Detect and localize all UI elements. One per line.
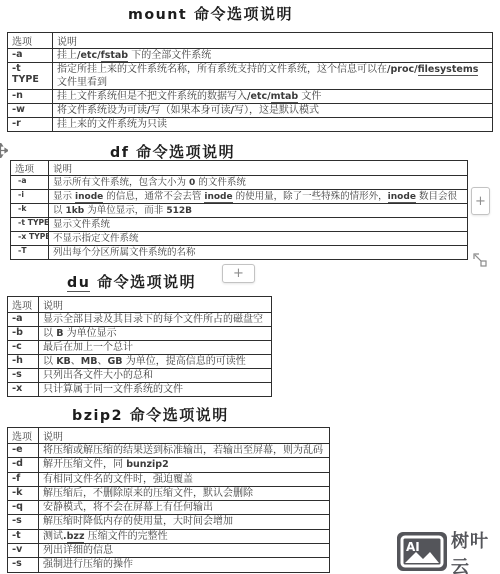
option-row: -x只计算属于同一文件系统的文件: [8, 383, 272, 397]
description-cell: 列出详细的信息: [39, 544, 330, 558]
option-row: -f有相同文件名的文件时，强迫覆盖: [8, 472, 330, 486]
option-row: -q安静模式，将不会在屏幕上有任何输出: [8, 501, 330, 515]
description-cell: 挂上来的文件系统为只读: [53, 118, 493, 132]
description-cell: 有相同文件名的文件时，强迫覆盖: [39, 472, 330, 486]
description-cell: 显示 inode 的信息，通常不会去管 inode 的使用量，除了一些特殊的情形…: [49, 190, 468, 204]
option-cell: -s: [8, 515, 39, 529]
description-cell: 将文件系统设为可读/写（如果本身可读/写），这是默认模式: [53, 104, 493, 118]
description-cell: 只计算属于同一文件系统的文件: [39, 383, 272, 397]
du-section-title: du 命令选项说明: [67, 271, 196, 292]
option-cell: -x TYPE: [11, 232, 49, 246]
option-cell: -k: [11, 204, 49, 218]
option-cell: -r: [8, 118, 53, 132]
option-cell: -k: [8, 486, 39, 500]
option-row: -x TYPE不显示指定文件系统: [11, 232, 468, 246]
option-row: -k以 1kb 为单位显示，而非 512B: [11, 204, 468, 218]
option-row: -k解压缩后，不删除原来的压缩文件，默认会删除: [8, 486, 330, 500]
description-cell: 以 KB、MB、GB 为单位，提高信息的可读性: [39, 355, 272, 369]
description-cell: 显示全部目录及其目录下的每个文件所占的磁盘空间: [39, 313, 272, 327]
description-cell: 强制进行压缩的操作: [39, 558, 330, 572]
description-cell: 挂上/etc/fstab 下的全部文件系统: [53, 49, 493, 63]
option-cell: -a: [11, 176, 49, 190]
option-column-header: 选项: [8, 297, 39, 313]
mount-section-title: mount 命令选项说明: [128, 3, 293, 24]
table-move-handle-icon[interactable]: [0, 143, 8, 158]
table-header-row: 选项说明: [8, 33, 493, 49]
option-cell: -h: [8, 355, 39, 369]
option-row: -s只列出各文件大小的总和: [8, 369, 272, 383]
option-cell: -t TYPE: [11, 218, 49, 232]
option-cell: -t: [8, 529, 39, 543]
ai-photo-logo-icon: AI: [397, 532, 447, 574]
df-options-table: 选项说明-a显示所有文件系统，包含大小为 0 的文件系统-i显示 inode 的…: [10, 160, 468, 260]
option-cell: -s: [8, 369, 39, 383]
table-resize-handle-icon[interactable]: [471, 251, 488, 268]
option-row: -b以 B 为单位显示: [8, 327, 272, 341]
option-row: -w将文件系统设为可读/写（如果本身可读/写），这是默认模式: [8, 104, 493, 118]
description-cell: 解压缩后，不删除原来的压缩文件，默认会删除: [39, 486, 330, 500]
du-options-table: 选项说明-a显示全部目录及其目录下的每个文件所占的磁盘空间-b以 B 为单位显示…: [7, 296, 272, 397]
description-column-header: 说明: [39, 428, 330, 444]
description-cell: 将压缩或解压缩的结果送到标准输出，若输出至屏幕，则为乱码: [39, 444, 330, 458]
option-row: -a显示全部目录及其目录下的每个文件所占的磁盘空间: [8, 313, 272, 327]
option-row: -s强制进行压缩的操作: [8, 558, 330, 572]
table-header-row: 选项说明: [8, 428, 330, 444]
option-row: -t TYPE显示文件系统: [11, 218, 468, 232]
option-row: -v列出详细的信息: [8, 544, 330, 558]
description-cell: 挂上文件系统但是不把文件系统的数据写入/etc/mtab 文件: [53, 90, 493, 104]
table-header-row: 选项说明: [8, 297, 272, 313]
option-cell: -w: [8, 104, 53, 118]
option-row: -t TYPE指定所挂上来的文件系统名称，所有系统支持的文件系统，这个信息可以在…: [8, 63, 493, 90]
description-cell: 列出每个分区所属文件系统的名称: [49, 246, 468, 260]
description-column-header: 说明: [39, 297, 272, 313]
option-row: -a显示所有文件系统，包含大小为 0 的文件系统: [11, 176, 468, 190]
option-cell: -b: [8, 327, 39, 341]
description-cell: 指定所挂上来的文件系统名称，所有系统支持的文件系统，这个信息可以在/proc/f…: [53, 63, 493, 90]
description-cell: 只列出各文件大小的总和: [39, 369, 272, 383]
option-column-header: 选项: [8, 33, 53, 49]
df-section-title: df 命令选项说明: [110, 141, 235, 162]
watermark-brand-text: 树叶云: [451, 527, 500, 574]
table-header-row: 选项说明: [11, 161, 468, 176]
option-cell: -e: [8, 444, 39, 458]
description-cell: 不显示指定文件系统: [49, 232, 468, 246]
option-row: -h以 KB、MB、GB 为单位，提高信息的可读性: [8, 355, 272, 369]
document-page: mount 命令选项说明 选项说明-a挂上/etc/fstab 下的全部文件系统…: [0, 0, 500, 574]
insert-row-button[interactable]: +: [222, 264, 255, 283]
option-cell: -a: [8, 49, 53, 63]
option-cell: -x: [8, 383, 39, 397]
insert-column-button[interactable]: +: [471, 187, 490, 215]
option-cell: -v: [8, 544, 39, 558]
option-cell: -a: [8, 313, 39, 327]
description-cell: 安静模式，将不会在屏幕上有任何输出: [39, 501, 330, 515]
option-cell: -i: [11, 190, 49, 204]
option-row: -i显示 inode 的信息，通常不会去管 inode 的使用量，除了一些特殊的…: [11, 190, 468, 204]
description-cell: 测试.bzz 压缩文件的完整性: [39, 529, 330, 543]
option-cell: -t TYPE: [8, 63, 53, 90]
option-row: -a挂上/etc/fstab 下的全部文件系统: [8, 49, 493, 63]
option-cell: -c: [8, 341, 39, 355]
description-cell: 显示所有文件系统，包含大小为 0 的文件系统: [49, 176, 468, 190]
option-row: -r挂上来的文件系统为只读: [8, 118, 493, 132]
bzip2-options-table: 选项说明-e将压缩或解压缩的结果送到标准输出，若输出至屏幕，则为乱码-d解开压缩…: [7, 427, 330, 573]
option-cell: -q: [8, 501, 39, 515]
mount-options-table: 选项说明-a挂上/etc/fstab 下的全部文件系统-t TYPE指定所挂上来…: [7, 32, 493, 132]
option-column-header: 选项: [8, 428, 39, 444]
option-row: -s解压缩时降低内存的使用量，大时间会增加: [8, 515, 330, 529]
option-cell: -n: [8, 90, 53, 104]
option-row: -n挂上文件系统但是不把文件系统的数据写入/etc/mtab 文件: [8, 90, 493, 104]
description-column-header: 说明: [53, 33, 493, 49]
option-column-header: 选项: [11, 161, 49, 176]
option-cell: -s: [8, 558, 39, 572]
description-cell: 显示文件系统: [49, 218, 468, 232]
watermark: AI 树叶云: [397, 527, 500, 574]
option-row: -c最后在加上一个总计: [8, 341, 272, 355]
option-cell: -d: [8, 458, 39, 472]
option-row: -d解开压缩文件，同 bunzip2: [8, 458, 330, 472]
description-cell: 解开压缩文件，同 bunzip2: [39, 458, 330, 472]
description-cell: 解压缩时降低内存的使用量，大时间会增加: [39, 515, 330, 529]
plus-icon: +: [233, 267, 244, 280]
description-column-header: 说明: [49, 161, 468, 176]
description-cell: 最后在加上一个总计: [39, 341, 272, 355]
option-cell: -T: [11, 246, 49, 260]
option-row: -t测试.bzz 压缩文件的完整性: [8, 529, 330, 543]
bzip2-section-title: bzip2 命令选项说明: [72, 404, 229, 425]
plus-icon: +: [475, 195, 486, 208]
svg-text:AI: AI: [406, 540, 420, 554]
description-cell: 以 B 为单位显示: [39, 327, 272, 341]
description-cell: 以 1kb 为单位显示，而非 512B: [49, 204, 468, 218]
option-row: -e将压缩或解压缩的结果送到标准输出，若输出至屏幕，则为乱码: [8, 444, 330, 458]
option-cell: -f: [8, 472, 39, 486]
option-row: -T列出每个分区所属文件系统的名称: [11, 246, 468, 260]
